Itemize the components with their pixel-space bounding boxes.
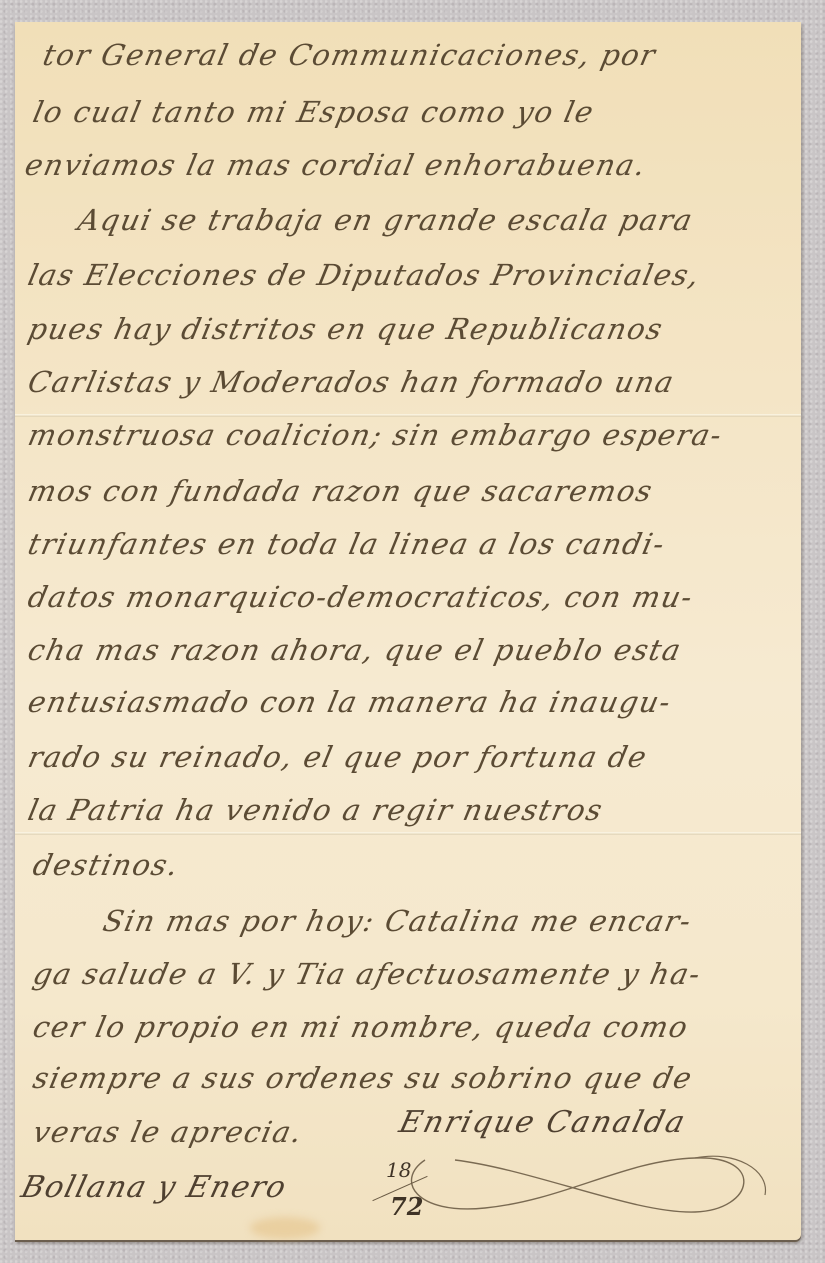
letter-line: datos monarquico-democraticos, con mu- <box>25 580 697 614</box>
letter-line: la Patria ha venido a regir nuestros <box>25 793 606 827</box>
place-and-date: Bollana y Enero <box>18 1170 291 1205</box>
letter-line: mos con fundada razon que sacaremos <box>25 474 656 508</box>
letter-line: destinos. <box>30 848 183 882</box>
letter-line: Sin mas por hoy: Catalina me encar- <box>100 904 695 938</box>
letter-line: monstruosa coalicion; sin embargo espera… <box>25 418 726 452</box>
letter-line: cer lo propio en mi nombre, queda como <box>30 1010 692 1044</box>
letter-line: enviamos la mas cordial enhorabuena. <box>22 148 650 182</box>
letter-line: entusiasmado con la manera ha inaugu- <box>25 685 675 719</box>
letter-line: tor General de Communicaciones, por <box>40 38 660 72</box>
fold-line <box>15 414 801 417</box>
signature: Enrique Canalda <box>396 1105 690 1140</box>
date-year-fraction: 18 72 <box>380 1158 430 1226</box>
letter-line: Carlistas y Moderados han formado una <box>25 365 678 399</box>
letter-line: las Elecciones de Diputados Provinciales… <box>25 258 703 292</box>
paper-stain <box>250 1217 320 1239</box>
fold-line <box>15 832 801 835</box>
letter-line: veras le aprecia. <box>30 1115 306 1149</box>
letter-line: lo cual tanto mi Esposa como yo le <box>30 95 598 129</box>
letter-line: ga salude a V. y Tia afectuosamente y ha… <box>30 957 705 991</box>
date-year-denominator: 72 <box>390 1192 423 1221</box>
letter-line: Aqui se trabaja en grande escala para <box>75 203 697 237</box>
letter-line: siempre a sus ordenes su sobrino que de <box>30 1061 696 1095</box>
letter-line: pues hay distritos en que Republicanos <box>25 312 667 346</box>
letter-line: cha mas razon ahora, que el pueblo esta <box>25 633 685 667</box>
letter-line: triunfantes en toda la linea a los candi… <box>25 527 669 561</box>
date-year-numerator: 18 <box>386 1158 411 1182</box>
signature-flourish-icon <box>395 1140 795 1230</box>
letter-line: rado su reinado, el que por fortuna de <box>25 740 651 774</box>
